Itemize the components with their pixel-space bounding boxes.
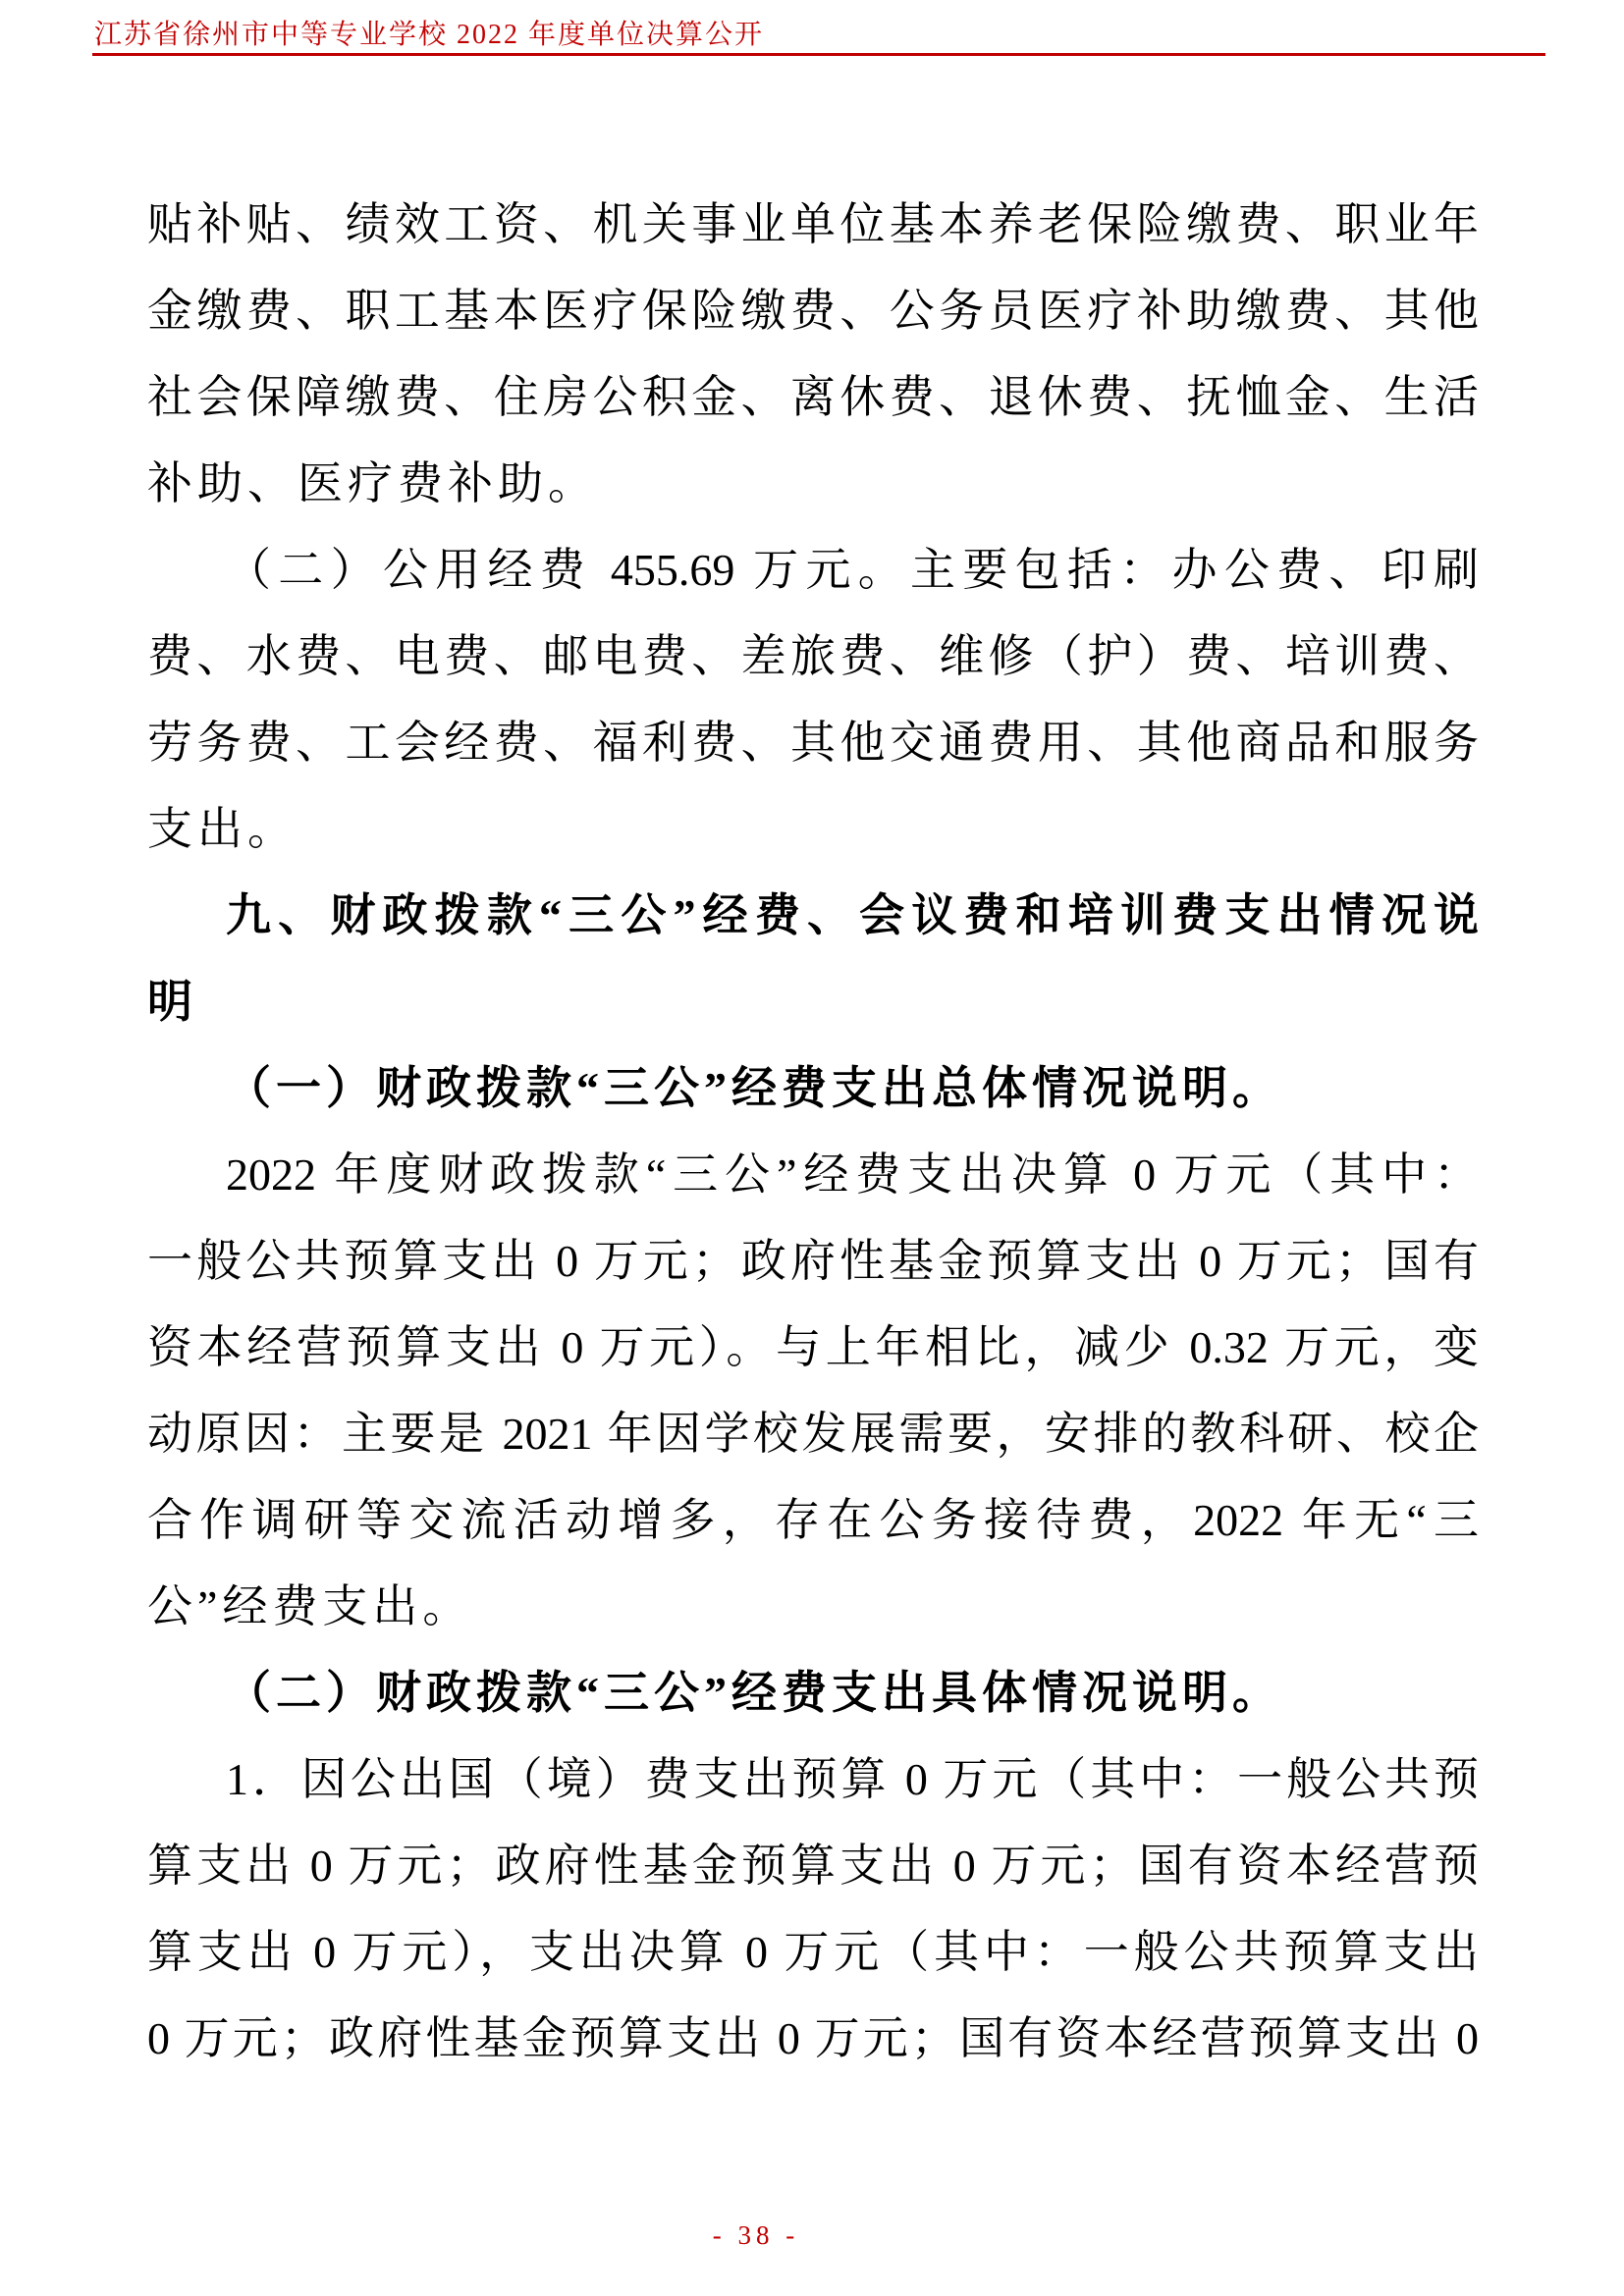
page-number: - 38 -	[0, 2220, 1512, 2251]
text-line: 费、水费、电费、邮电费、差旅费、维修（护）费、培训费、	[147, 614, 1479, 700]
text-line: 金缴费、职工基本医疗保险缴费、公务员医疗补助缴费、其他	[147, 268, 1479, 354]
document-header-title: 江苏省徐州市中等专业学校 2022 年度单位决算公开	[94, 13, 764, 52]
text-line: 1．因公出国（境）费支出预算 0 万元（其中：一般公共预	[147, 1736, 1479, 1823]
text-line: 资本经营预算支出 0 万元）。与上年相比，减少 0.32 万元，变	[147, 1305, 1479, 1391]
section-heading-line: 九、财政拨款“三公”经费、会议费和培训费支出情况说	[147, 873, 1479, 959]
text-line: 补助、医疗费补助。	[147, 441, 1479, 527]
text-line: （二）公用经费 455.69 万元。主要包括：办公费、印刷	[147, 527, 1479, 614]
document-page: 江苏省徐州市中等专业学校 2022 年度单位决算公开 贴补贴、绩效工资、机关事业…	[0, 0, 1624, 2296]
text-line: 支出。	[147, 786, 1479, 873]
text-line: 公”经费支出。	[147, 1564, 1479, 1650]
text-line: 算支出 0 万元），支出决算 0 万元（其中：一般公共预算支出	[147, 1909, 1479, 1996]
text-line: 0 万元；政府性基金预算支出 0 万元；国有资本经营预算支出 0	[147, 1996, 1479, 2082]
text-line: 一般公共预算支出 0 万元；政府性基金预算支出 0 万元；国有	[147, 1218, 1479, 1305]
text-line: 贴补贴、绩效工资、机关事业单位基本养老保险缴费、职业年	[147, 182, 1479, 268]
text-line: 算支出 0 万元；政府性基金预算支出 0 万元；国有资本经营预	[147, 1823, 1479, 1909]
subsection-heading: （二）财政拨款“三公”经费支出具体情况说明。	[147, 1650, 1479, 1736]
document-body: 贴补贴、绩效工资、机关事业单位基本养老保险缴费、职业年 金缴费、职工基本医疗保险…	[147, 182, 1479, 2082]
header-divider	[92, 53, 1545, 56]
text-line: 合作调研等交流活动增多，存在公务接待费，2022 年无“三	[147, 1477, 1479, 1564]
section-heading-line: 明	[147, 959, 1479, 1045]
text-line: 社会保障缴费、住房公积金、离休费、退休费、抚恤金、生活	[147, 354, 1479, 441]
text-line: 2022 年度财政拨款“三公”经费支出决算 0 万元（其中：	[147, 1132, 1479, 1218]
subsection-heading: （一）财政拨款“三公”经费支出总体情况说明。	[147, 1045, 1479, 1132]
text-line: 劳务费、工会经费、福利费、其他交通费用、其他商品和服务	[147, 700, 1479, 786]
text-line: 动原因：主要是 2021 年因学校发展需要，安排的教科研、校企	[147, 1391, 1479, 1477]
